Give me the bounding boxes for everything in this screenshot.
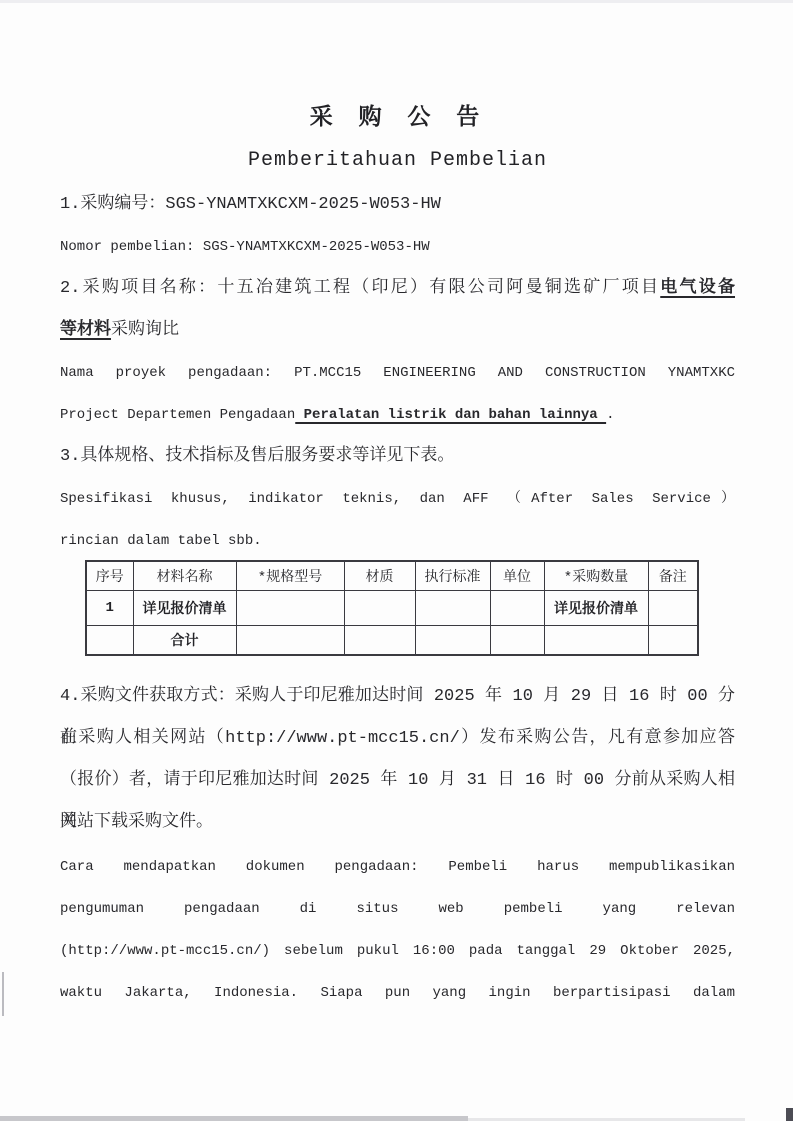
cell-quantity [544, 626, 648, 656]
procurement-number-line-cn: 1.采购编号：SGS-YNAMTXKCXM-2025-W053-HW [60, 184, 735, 226]
project-name-line1-cn: 2.采购项目名称：十五冶建筑工程（印尼）有限公司阿曼铜选矿厂项目电气设备 [60, 268, 735, 310]
header-remark: 备注 [648, 561, 698, 591]
table-header-row: 序号 材料名称 *规格型号 材质 执行标准 单位 *采购数量 备注 [86, 561, 698, 591]
cell-standard [415, 626, 490, 656]
paragraph-line: waktu Jakarta, Indonesia. Siapa pun yang… [60, 972, 735, 1014]
spec-intro-line2-id: rincian dalam tabel sbb. [60, 520, 735, 562]
header-seq: 序号 [86, 561, 133, 591]
header-quantity: *采购数量 [544, 561, 648, 591]
header-spec-model: *规格型号 [236, 561, 344, 591]
procurement-number-label: 1.采购编号： [60, 195, 165, 214]
cell-quantity: 详见报价清单 [544, 591, 648, 626]
cell-remark [648, 626, 698, 656]
procurement-number-line-id: Nomor pembelian: SGS-YNAMTXKCXM-2025-W05… [60, 226, 735, 268]
document-content: 采 购 公 告 Pemberitahuan Pembelian 1.采购编号：S… [60, 0, 735, 1014]
project-name-line2-cn: 等材料采购询比 [60, 310, 735, 352]
header-material-name: 材料名称 [133, 561, 236, 591]
project-name-suffix: 采购询比 [111, 321, 179, 340]
cell-seq [86, 626, 133, 656]
project-name-id-period: . [606, 407, 614, 423]
paragraph-line: 在采购人相关网站（http://www.pt-mcc15.cn/）发布采购公告，… [60, 718, 735, 760]
spec-intro-line-cn: 3.具体规格、技术指标及售后服务要求等详见下表。 [60, 436, 735, 478]
cell-material-name: 详见报价清单 [133, 591, 236, 626]
paragraph-line: pengumuman pengadaan di situs web pembel… [60, 888, 735, 930]
cell-remark [648, 591, 698, 626]
table-total-row: 合计 [86, 626, 698, 656]
specification-table: 序号 材料名称 *规格型号 材质 执行标准 单位 *采购数量 备注 1 详见报价… [85, 560, 699, 656]
scanned-document-page: 采 购 公 告 Pemberitahuan Pembelian 1.采购编号：S… [0, 0, 793, 1121]
cell-unit [490, 626, 544, 656]
paragraph-line: （报价）者，请于印尼雅加达时间 2025 年 10 月 31 日 16 时 00… [60, 760, 735, 802]
document-access-paragraph-id: Cara mendapatkan dokumen pengadaan: Pemb… [60, 846, 735, 1014]
paragraph-line: 网站下载采购文件。 [60, 802, 735, 844]
project-name-line2-id: Project Departemen Pengadaan Peralatan l… [60, 394, 735, 436]
header-standard: 执行标准 [415, 561, 490, 591]
scan-edge-corner [786, 1108, 793, 1121]
cell-spec-model [236, 626, 344, 656]
page-title-id: Pemberitahuan Pembelian [60, 138, 735, 184]
spec-intro-line1-id: Spesifikasi khusus, indikator teknis, da… [60, 478, 735, 520]
page-title-cn: 采 购 公 告 [60, 98, 735, 138]
project-name-emphasis-2: 等材料 [60, 321, 111, 340]
cell-total-label: 合计 [133, 626, 236, 656]
project-name-text: 2.采购项目名称：十五冶建筑工程（印尼）有限公司阿曼铜选矿厂项目 [60, 279, 660, 298]
paragraph-line: 4.采购文件获取方式：采购人于印尼雅加达时间 2025 年 10 月 29 日 … [60, 676, 735, 718]
project-name-id-text: Project Departemen Pengadaan [60, 407, 295, 423]
project-name-line1-id: Nama proyek pengadaan: PT.MCC15 ENGINEER… [60, 352, 735, 394]
cell-seq: 1 [86, 591, 133, 626]
header-material: 材质 [344, 561, 415, 591]
cell-unit [490, 591, 544, 626]
project-name-emphasis-1: 电气设备 [660, 279, 735, 298]
procurement-number-value: SGS-YNAMTXKCXM-2025-W053-HW [165, 195, 440, 214]
document-access-paragraph-cn: 4.采购文件获取方式：采购人于印尼雅加达时间 2025 年 10 月 29 日 … [60, 676, 735, 844]
cell-standard [415, 591, 490, 626]
paragraph-line: (http://www.pt-mcc15.cn/) sebelum pukul … [60, 930, 735, 972]
paragraph-line: Cara mendapatkan dokumen pengadaan: Pemb… [60, 846, 735, 888]
project-name-id-emphasis: Peralatan listrik dan bahan lainnya [295, 407, 606, 423]
table-row: 1 详见报价清单 详见报价清单 [86, 591, 698, 626]
scan-edge-bottom [0, 1116, 468, 1121]
cell-material [344, 591, 415, 626]
cell-material [344, 626, 415, 656]
cell-spec-model [236, 591, 344, 626]
header-unit: 单位 [490, 561, 544, 591]
scan-edge-left [2, 972, 4, 1016]
